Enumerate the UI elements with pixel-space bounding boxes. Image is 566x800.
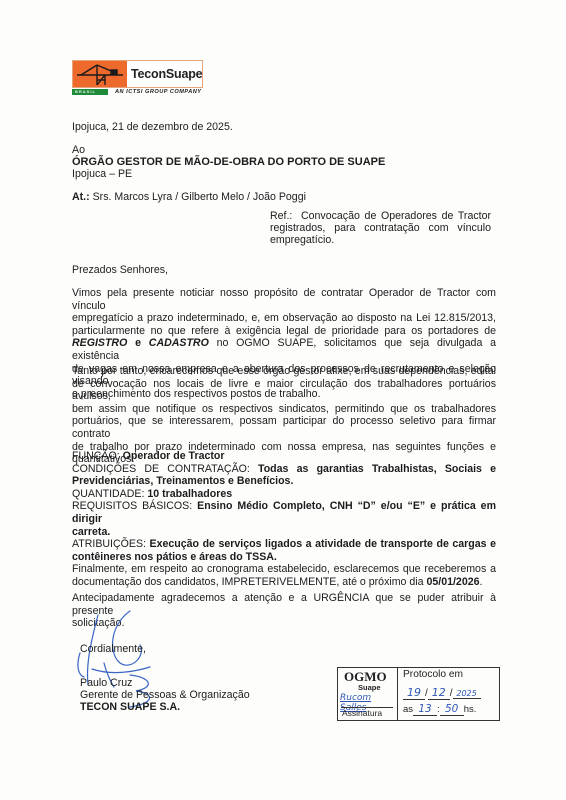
stamp-time-suffix: hs. bbox=[464, 704, 477, 715]
receipt-stamp: OGMO Suape Rucom Salles Assinatura Proto… bbox=[337, 667, 500, 721]
quantidade-row: QUANTIDADE: 10 trabalhadores bbox=[72, 488, 496, 501]
company-name: TeconSuape bbox=[131, 67, 202, 81]
stamp-year: 2025 bbox=[453, 689, 481, 699]
atribuicoes-label: ATRIBUIÇÕES: bbox=[72, 538, 146, 550]
stamp-day: 19 bbox=[403, 686, 425, 700]
crane-icon bbox=[73, 61, 127, 87]
funcao-value: Operador de Tractor bbox=[123, 450, 225, 462]
quantidade-label: QUANTIDADE: bbox=[72, 488, 144, 500]
stamp-signature-box: OGMO Suape Rucom Salles Assinatura bbox=[338, 668, 398, 720]
conjunction: e bbox=[127, 337, 148, 349]
reference-label: Ref.: bbox=[270, 210, 298, 223]
greeting: Prezados Senhores, bbox=[72, 264, 168, 277]
reference-line-2: registrados, para contratação com víncul… bbox=[270, 222, 491, 235]
cadastro-emphasis: CADASTRO bbox=[149, 337, 209, 349]
atribuicoes-value: Execução de serviços ligados a atividade… bbox=[150, 538, 496, 550]
condicoes-row: CONDIÇÕES DE CONTRATAÇÃO: Todas as garan… bbox=[72, 463, 496, 476]
reference-line-1: Convocação de Operadores de Tractor bbox=[301, 210, 491, 223]
place-date: Ipojuca, 21 de dezembro de 2025. bbox=[72, 121, 233, 134]
requisitos-label: REQUISITOS BÁSICOS: bbox=[72, 500, 192, 512]
atribuicoes-value-cont: contêineres nos pátios e áreas do TSSA. bbox=[72, 551, 496, 564]
stamp-protocol-label: Protocolo em bbox=[403, 669, 463, 680]
stamp-signature-label: Assinatura bbox=[342, 708, 382, 718]
p1-line: particularmente no que refere à exigênci… bbox=[72, 325, 496, 338]
p3-line: Finalmente, em respeito ao cronograma es… bbox=[72, 563, 496, 576]
condicoes-label: CONDIÇÕES DE CONTRATAÇÃO: bbox=[72, 463, 250, 475]
recipient-to: Ao bbox=[72, 144, 85, 157]
logo-frame: TeconSuape bbox=[72, 60, 203, 88]
p3-line-deadline: documentação dos candidatos, IMPRETERIVE… bbox=[72, 576, 496, 589]
stamp-org-sub: Suape bbox=[358, 683, 381, 692]
group-tagline: AN ICTSI GROUP COMPANY bbox=[115, 88, 202, 96]
requisitos-row: REQUISITOS BÁSICOS: Ensino Médio Complet… bbox=[72, 500, 496, 525]
p1-line: empregatício a prazo indeterminado, e, e… bbox=[72, 312, 496, 325]
atribuicoes-row: ATRIBUIÇÕES: Execução de serviços ligado… bbox=[72, 538, 496, 551]
reference-line-3: empregatício. bbox=[270, 234, 334, 247]
p2-line: Tanto por tanto, encarecemos que esse ór… bbox=[72, 365, 496, 378]
paragraph-3: Finalmente, em respeito ao cronograma es… bbox=[72, 563, 496, 588]
job-details: FUNÇÃO: Operador de Tractor CONDIÇÕES DE… bbox=[72, 450, 496, 563]
condicoes-value: Todas as garantias Trabalhistas, Sociais… bbox=[258, 463, 496, 475]
registro-emphasis: REGISTRO bbox=[72, 337, 127, 349]
country-tag: BRASIL bbox=[72, 89, 108, 95]
signatory-company: TECON SUAPE S.A. bbox=[80, 701, 180, 714]
attention-label: At.: bbox=[72, 191, 90, 203]
attention-line: At.: Srs. Marcos Lyra / Gilberto Melo / … bbox=[72, 191, 306, 204]
p3-line-text: documentação dos candidatos, IMPRETERIVE… bbox=[72, 576, 426, 588]
requisitos-value-cont: carreta. bbox=[72, 526, 496, 539]
recipient-location: Ipojuca – PE bbox=[72, 168, 132, 181]
company-logo: TeconSuape BRASIL AN ICTSI GROUP COMPANY bbox=[72, 60, 203, 97]
quantidade-value: 10 trabalhadores bbox=[147, 488, 232, 500]
p3-line-end: . bbox=[480, 576, 483, 588]
stamp-minute: 50 bbox=[440, 703, 464, 716]
stamp-time: as13:50hs. bbox=[403, 703, 497, 719]
closing: Cordialmente, bbox=[80, 643, 146, 656]
signatory-name: Paulo Cruz bbox=[80, 677, 132, 690]
recipient-organization: ÓRGÃO GESTOR DE MÃO-DE-OBRA DO PORTO DE … bbox=[72, 156, 385, 169]
stamp-month: 12 bbox=[428, 686, 450, 700]
p2-line: bem assim que notifique os respectivos s… bbox=[72, 403, 496, 416]
p1-line-registro: REGISTRO e CADASTRO no OGMO SUAPE, solic… bbox=[72, 337, 496, 362]
letter-page: TeconSuape BRASIL AN ICTSI GROUP COMPANY… bbox=[0, 0, 566, 800]
attention-names: Srs. Marcos Lyra / Gilberto Melo / João … bbox=[93, 191, 306, 203]
stamp-time-prefix: as bbox=[403, 704, 413, 715]
p2-line: de convocação nos locais de livre e maio… bbox=[72, 378, 496, 403]
deadline-date: 05/01/2026 bbox=[426, 576, 479, 588]
condicoes-value-cont: Previdenciárias, Treinamentos e Benefíci… bbox=[72, 475, 496, 488]
funcao-row: FUNÇÃO: Operador de Tractor bbox=[72, 450, 496, 463]
p1-line: Vimos pela presente noticiar nosso propó… bbox=[72, 287, 496, 312]
stamp-date: 19/12/2025 bbox=[403, 683, 497, 699]
p2-line: portuários, que se interessarem, possam … bbox=[72, 415, 496, 440]
stamp-hour: 13 bbox=[413, 703, 437, 716]
signatory-title: Gerente de Pessoas & Organização bbox=[80, 689, 250, 702]
funcao-label: FUNÇÃO: bbox=[72, 450, 120, 462]
